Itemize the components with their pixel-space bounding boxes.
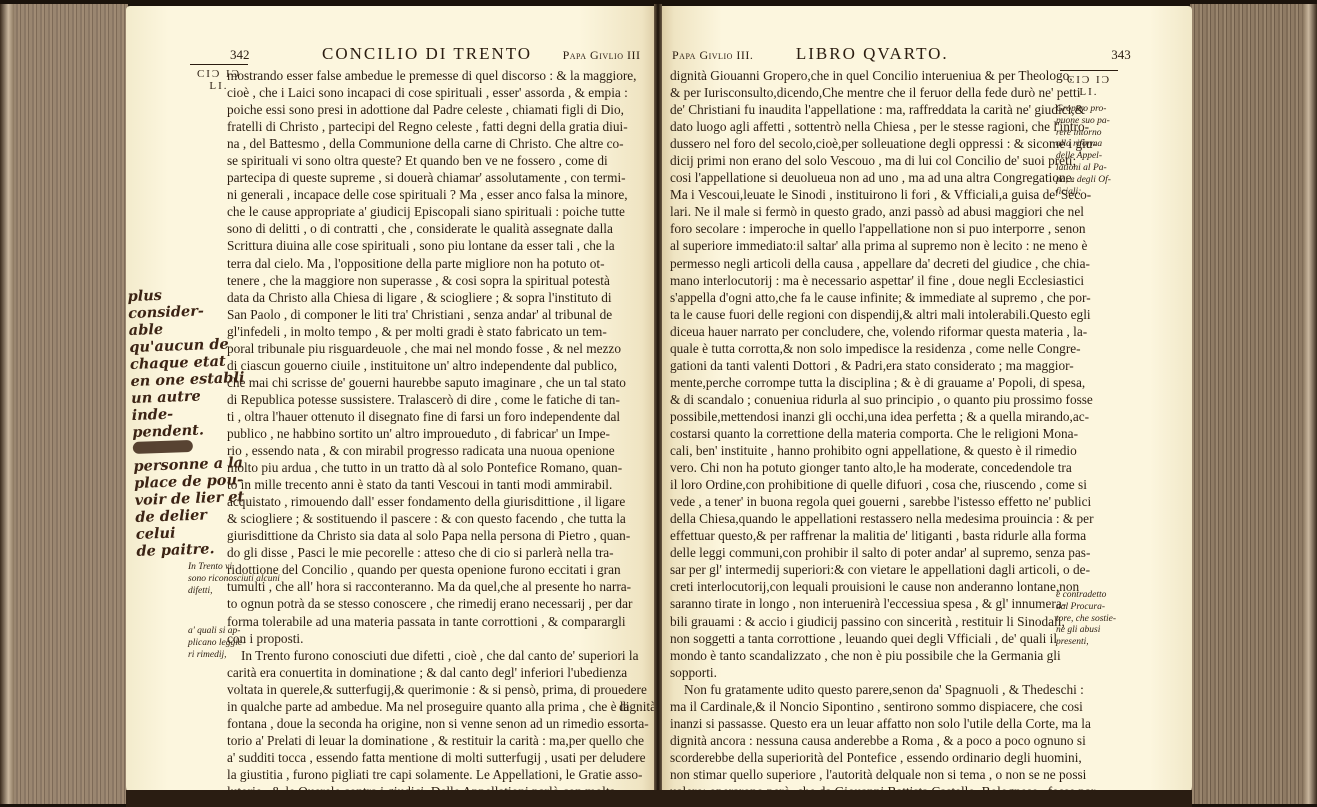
marginal-note-line: lationi al Pa- bbox=[1056, 163, 1111, 175]
text-line: in qualche parte ad ambedue. Ma nel pros… bbox=[227, 698, 655, 715]
text-line: to in mille trecento anni è stato da tan… bbox=[227, 476, 655, 493]
text-line: dignità Giouanni Gropero,che in quel Con… bbox=[670, 67, 1062, 84]
marginal-note-line: plicano leggie- bbox=[188, 638, 245, 650]
right-page: Papa Givlio III. LIBRO QVARTO. 343 CIϽ I… bbox=[658, 6, 1192, 796]
handwritten-line: un autre inde- bbox=[131, 386, 247, 424]
text-line: la giustitia , furono pigliati tre capi … bbox=[227, 766, 655, 783]
text-line: se spirituali vi sono oltra queste? Et q… bbox=[227, 152, 655, 169]
text-line: molto piu ardua , che tutto in un tratto… bbox=[227, 459, 655, 476]
marginal-note-line: In Trento vi bbox=[188, 562, 280, 574]
marginal-note-line: ne gli abusi bbox=[1056, 625, 1116, 637]
text-line: mondo è tanto scandalizzato , che non è … bbox=[670, 647, 1062, 664]
text-line: poral tribunale piu risguardeuole , che … bbox=[227, 340, 655, 357]
left-running-pope: Papa Givlio III bbox=[563, 48, 641, 62]
text-line: s'appella d'ogni atto,che fa le cause in… bbox=[670, 289, 1062, 306]
text-line: dignità ancora : nessuna causa anderebbe… bbox=[670, 732, 1062, 749]
text-line: dato luogo agli affetti , sottentrò nell… bbox=[670, 118, 1062, 135]
year-suffix: LI. bbox=[1079, 86, 1098, 98]
text-line: con i proposti. bbox=[227, 630, 655, 647]
year-rule bbox=[190, 64, 248, 65]
text-line: foro secolare : imperoche in quello l'ap… bbox=[670, 220, 1062, 237]
right-page-number: 343 bbox=[1111, 47, 1131, 62]
text-line: ni generali , incapace delle cose spirit… bbox=[227, 186, 655, 203]
text-line: terra dal cielo. Ma , l'oppositione dell… bbox=[227, 255, 655, 272]
right-running-title: LIBRO QVARTO. bbox=[796, 44, 949, 63]
text-line: Scrittura diuina alle cose spirituali , … bbox=[227, 237, 655, 254]
text-line: che le cause appropriate a' giudicij Epi… bbox=[227, 203, 655, 220]
text-line: permesso negli articoli della causa , ap… bbox=[670, 255, 1062, 272]
text-line: non stimar quello superiore , l'autorità… bbox=[670, 766, 1062, 783]
text-line: della Chiesa,quando le appellationi rest… bbox=[670, 510, 1062, 527]
left-page-number: 342 bbox=[230, 47, 250, 62]
marginal-note-line: difetti, bbox=[188, 586, 280, 598]
marginal-note-line: a' quali si ap- bbox=[188, 626, 245, 638]
marginal-note-line: rere intorno bbox=[1056, 128, 1111, 140]
text-line: quale è tutta corrotta,& non solo impedi… bbox=[670, 340, 1062, 357]
left-marginal-note-1: In Trento visono riconosciuti alcunidife… bbox=[188, 562, 280, 597]
text-line: ta le cause fuori delle regioni con disp… bbox=[670, 306, 1062, 323]
marginal-note-line: è contradetto bbox=[1056, 590, 1116, 602]
text-line: rio , essendo nata , & con mirabil progr… bbox=[227, 442, 655, 459]
right-running-head: Papa Givlio III. LIBRO QVARTO. 343 bbox=[672, 44, 1131, 64]
text-line: cali, ben' instituite , hanno prohibito … bbox=[670, 442, 1062, 459]
text-line: partecipa di queste supreme , si douerà … bbox=[227, 169, 655, 186]
text-line: diceua hauer narrato per concludere, che… bbox=[670, 323, 1062, 340]
marginal-note-line: sono riconosciuti alcuni bbox=[188, 574, 280, 586]
text-line: bili grauami : & accio i giudicij passin… bbox=[670, 613, 1062, 630]
text-line: vero. Chi non ha potuto gionger tanto al… bbox=[670, 459, 1062, 476]
text-line: di ciascun gouerno ciuile , instituitone… bbox=[227, 357, 655, 374]
text-line: fratelli di Christo , partecipi del Regn… bbox=[227, 118, 655, 135]
text-line: cioè , che i Laici sono incapaci di cose… bbox=[227, 84, 655, 101]
text-line: mente,perche corrompe tutta la disciplin… bbox=[670, 374, 1062, 391]
left-running-title: CONCILIO DI TRENTO bbox=[322, 44, 532, 63]
text-line: voltata in querele,& sutterfugij,& queri… bbox=[227, 681, 655, 698]
marginal-note-line: ri rimedij, bbox=[188, 650, 245, 662]
text-line: publico , ne habbino sortito un' altro i… bbox=[227, 425, 655, 442]
text-line: & per Iurisconsulto,dicendo,Che mentre c… bbox=[670, 84, 1062, 101]
handwritten-line: plus consider- bbox=[127, 284, 243, 322]
text-line: sopporti. bbox=[670, 664, 1062, 681]
text-line: effettuar questo,& per raffrenar la mali… bbox=[670, 527, 1062, 544]
marginal-note-line: dal Procura- bbox=[1056, 602, 1116, 614]
text-line: dussero nel foro del secolo,cioè,per sol… bbox=[670, 135, 1062, 152]
marginal-note-line: puone suo pa- bbox=[1056, 116, 1111, 128]
left-running-head: 342 CONCILIO DI TRENTO Papa Givlio III bbox=[230, 44, 640, 64]
text-line: de' Christiani fu inaudita l'appellation… bbox=[670, 101, 1062, 118]
text-line: tumulti , che all' hora si racconteranno… bbox=[227, 578, 655, 595]
text-line: torio a' Prelati di leuar la dominatione… bbox=[227, 732, 655, 749]
left-body-text: mostrando esser false ambedue le premess… bbox=[227, 67, 655, 800]
text-line: forma tolerabile ad una materia passata … bbox=[227, 613, 655, 630]
handwritten-annotation: plus consider-ablequ'aucun dechaque etat… bbox=[127, 284, 251, 560]
text-line: saranno tirate in longo , non interuenir… bbox=[670, 595, 1062, 612]
right-running-pope: Papa Givlio III. bbox=[672, 48, 753, 62]
marginal-note-line: Gropero pro- bbox=[1056, 104, 1111, 116]
text-line: lari. Ne il male si fermò in questo grad… bbox=[670, 203, 1062, 220]
marginal-note-line: delle Appel- bbox=[1056, 151, 1111, 163]
text-line: dicij primi non erano del solo Vescouo ,… bbox=[670, 152, 1062, 169]
text-line: giurisdittione da Christo sia data al so… bbox=[227, 527, 655, 544]
marginal-note-line: pa, e degli Of- bbox=[1056, 175, 1111, 187]
catchword: dignità bbox=[596, 698, 656, 715]
text-line: mostrando esser false ambedue le premess… bbox=[227, 67, 655, 84]
book-gutter bbox=[654, 4, 662, 807]
text-line: na , del Battesmo , della Communione del… bbox=[227, 135, 655, 152]
left-marginal-note-2: a' quali si ap-plicano leggie-ri rimedij… bbox=[188, 626, 245, 661]
text-line: In Trento furono conosciuti due difetti … bbox=[227, 647, 655, 664]
text-line: gl'infedeli , in molto tempo , & per mol… bbox=[227, 323, 655, 340]
text-line: ma il Cardinale,& il Noncio Sipontino , … bbox=[670, 698, 1062, 715]
ink-blot bbox=[133, 440, 193, 454]
text-line: a' sudditi tocca , essendo fatta mention… bbox=[227, 749, 655, 766]
text-line: San Paolo , di componer le liti tra' Chr… bbox=[227, 306, 655, 323]
text-line: creti interlocutorij,con lequali prouisi… bbox=[670, 578, 1062, 595]
text-line: possibile,mettendosi inanzi gli occhi,un… bbox=[670, 408, 1062, 425]
book-fore-edge-left bbox=[0, 4, 128, 804]
marginal-note-line: ficiali; bbox=[1056, 187, 1111, 199]
text-line: sono di delitti , o di contratti , che ,… bbox=[227, 220, 655, 237]
marginal-note-line: presenti, bbox=[1056, 637, 1116, 649]
text-line: tenere , che la maggiore non superasse ,… bbox=[227, 272, 655, 289]
text-line: mano interlocutorij : ma è necessario as… bbox=[670, 272, 1062, 289]
text-line: ti , oltra l'hauer ottenuto il disegnato… bbox=[227, 408, 655, 425]
text-line: vede , a tener' in buona regola quei gou… bbox=[670, 493, 1062, 510]
right-body-text: dignità Giouanni Gropero,che in quel Con… bbox=[670, 67, 1062, 800]
text-line: poiche essi sono presi in adottione dal … bbox=[227, 101, 655, 118]
marginal-note-line: alla riforma bbox=[1056, 139, 1111, 151]
page-bottom-shadow bbox=[126, 790, 1192, 807]
text-line: scorderebbe della superiorità del Pontef… bbox=[670, 749, 1062, 766]
text-line: do gli disse , Pasci le mie pecorelle : … bbox=[227, 544, 655, 561]
text-line: il loro Ordine,con prohibitione di quell… bbox=[670, 476, 1062, 493]
text-line: Non fu gratamente udito questo parere,se… bbox=[670, 681, 1062, 698]
text-line: gationi da tanti valenti Dottori , & Pad… bbox=[670, 357, 1062, 374]
text-line: data da Christo alla Chiesa di ligare , … bbox=[227, 289, 655, 306]
year-suffix: LI. bbox=[209, 80, 228, 92]
text-line: sar per gl' intermedij superiori:& con v… bbox=[670, 561, 1062, 578]
text-line: carità era conuertita in dominatione ; &… bbox=[227, 664, 655, 681]
text-line: non soggetti a tanta corrottione , leuan… bbox=[670, 630, 1062, 647]
text-line: ridottione del Concilio , quando per que… bbox=[227, 561, 655, 578]
book-fore-edge-right bbox=[1190, 4, 1317, 804]
text-line: delle leggi communi,con prohibir il salt… bbox=[670, 544, 1062, 561]
text-line: inanzi si passasse. Questo era un leuar … bbox=[670, 715, 1062, 732]
text-line: & di scandalo ; conueniua ridurla al suo… bbox=[670, 391, 1062, 408]
text-line: & sciogliere ; & sostituendo il pascere … bbox=[227, 510, 655, 527]
right-marginal-note-1: Gropero pro-puone suo pa-rere intornoall… bbox=[1056, 104, 1111, 198]
text-line: to ognun potrà da se stesso conoscere , … bbox=[227, 595, 655, 612]
text-line: costarsi quanto la correttione della mat… bbox=[670, 425, 1062, 442]
text-line: di Republica potesse sussistere. Tralasc… bbox=[227, 391, 655, 408]
handwritten-line: de delier celui bbox=[135, 505, 251, 543]
right-marginal-note-2: è contradettodal Procura-tore, che sosti… bbox=[1056, 590, 1116, 649]
marginal-note-line: tore, che sostie- bbox=[1056, 614, 1116, 626]
text-line: che mai chi scrisse de' gouerni haurebbe… bbox=[227, 374, 655, 391]
text-line: cosi l'appellatione si deuolueua non ad … bbox=[670, 169, 1062, 186]
text-line: Ma i Vescoui,leuate le Sinodi , institui… bbox=[670, 186, 1062, 203]
text-line: al superiore immediato:il saltar' alla p… bbox=[670, 237, 1062, 254]
text-line: acquistato , rimouendo dall' esser fonda… bbox=[227, 493, 655, 510]
text-line: fontana , doue la seconda ha origine, no… bbox=[227, 715, 655, 732]
